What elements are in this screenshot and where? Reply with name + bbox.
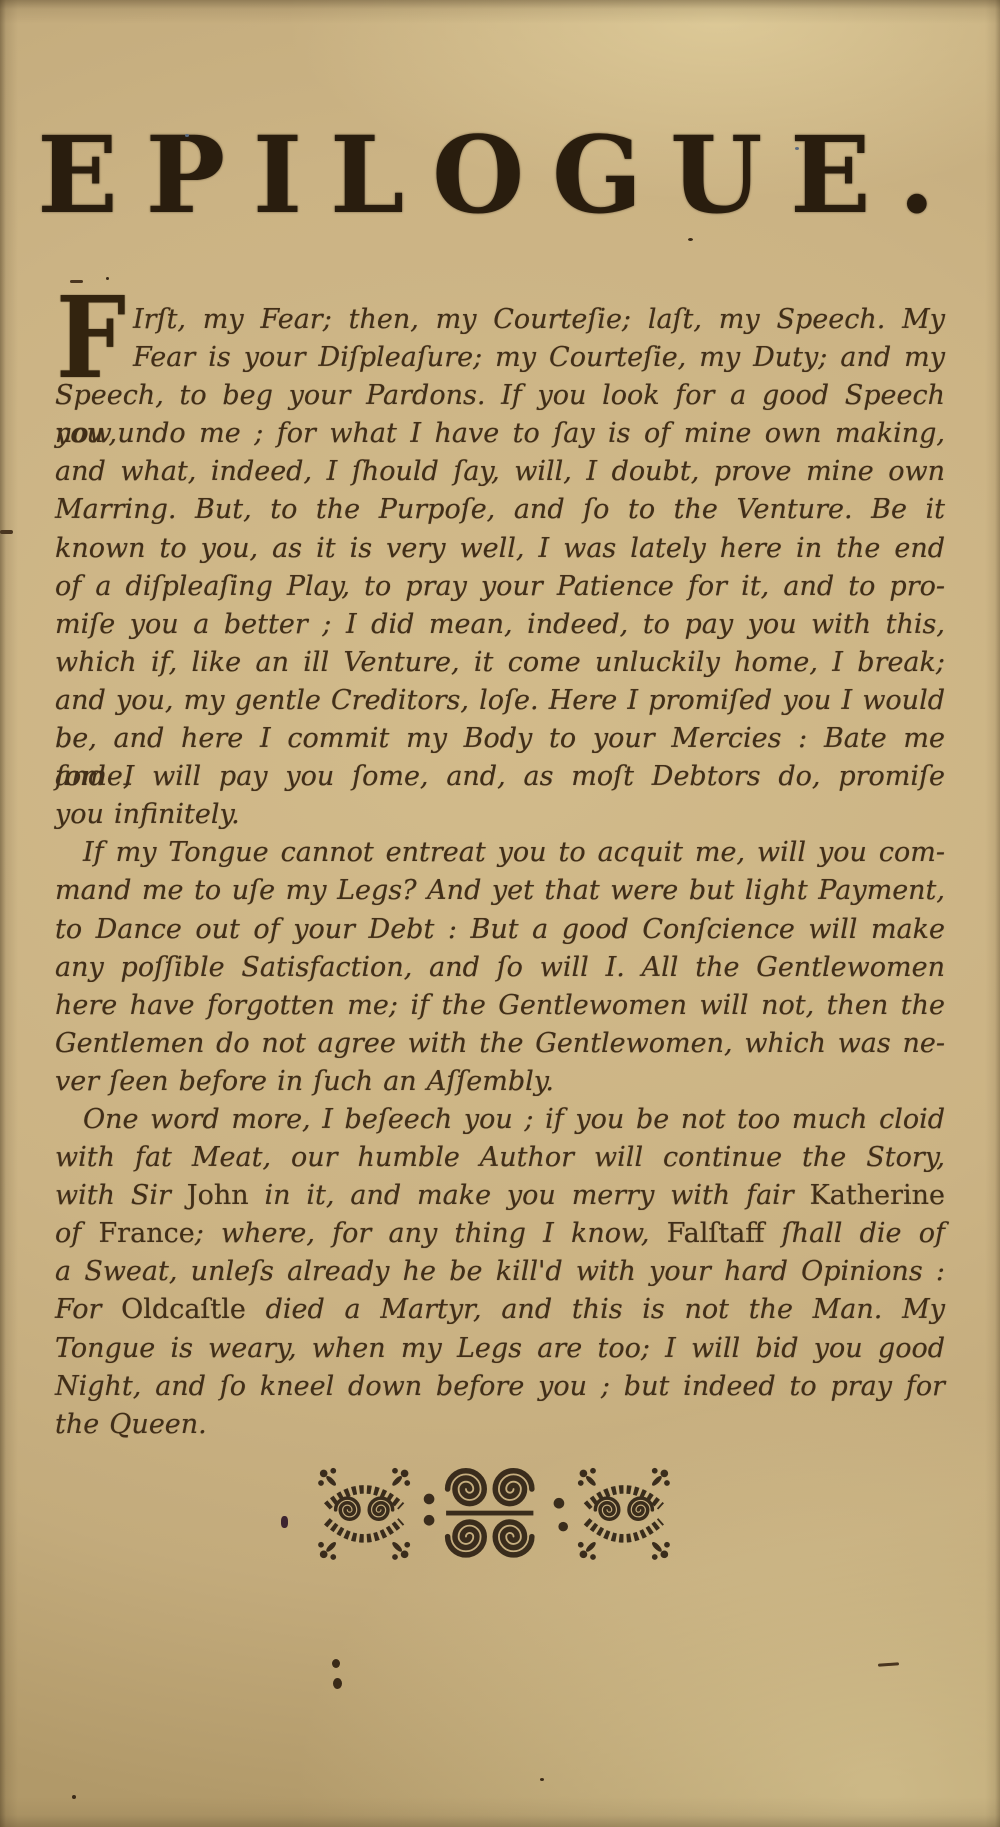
italic-text-segment: and I will pay you ſome, and, as moſt De… (55, 761, 945, 792)
italic-text-segment: If my Tongue cannot entreat you to acqui… (83, 837, 945, 868)
body-text: Irſt, my Fear; then, my Courteſie; laſt,… (55, 301, 945, 1444)
book-page: EPILOGUE. F Irſt, my Fear; then, my Cour… (0, 0, 1000, 1827)
roman-text-segment: John (187, 1180, 249, 1211)
text-line: to Dance out of your Debt : But a good C… (55, 911, 945, 949)
italic-text-segment: the Queen. (55, 1409, 207, 1440)
text-line: Speech, to beg your Pardons. If you look… (55, 377, 945, 415)
roman-text-segment: Katherine (810, 1180, 945, 1211)
text-line: of France; where, for any thing I know, … (55, 1215, 945, 1253)
italic-text-segment: For (55, 1294, 121, 1325)
text-line: Fear is your Diſpleaſure; my Courteſie, … (55, 339, 945, 377)
italic-text-segment: Fear is your Diſpleaſure; my Courteſie, … (133, 342, 945, 373)
page-title: EPILOGUE. (0, 112, 1000, 237)
ink-speck (106, 277, 109, 280)
ink-speck (795, 147, 799, 150)
text-line: Night, and ſo kneel down before you ; bu… (55, 1368, 945, 1406)
italic-text-segment: Gentlemen do not agree with the Gentlewo… (55, 1028, 945, 1059)
text-line: miſe you a better ; I did mean, indeed, … (55, 606, 945, 644)
text-line: and I will pay you ſome, and, as moſt De… (55, 758, 945, 796)
italic-text-segment: ſhall die of (764, 1218, 945, 1249)
text-line: For Oldcaſtle died a Martyr, and this is… (55, 1291, 945, 1329)
italic-text-segment: One word more, I beſeech you ; if you be… (83, 1104, 945, 1135)
text-line: Tongue is weary, when my Legs are too; I… (55, 1330, 945, 1368)
text-line: ver ſeen before in ſuch an Aſſembly. (55, 1063, 945, 1101)
fleuron-row-icon (318, 1450, 670, 1582)
roman-text-segment: Oldcaſtle (121, 1294, 246, 1325)
text-line: of a diſpleaſing Play, to pray your Pati… (55, 568, 945, 606)
ink-blot (281, 1516, 288, 1528)
text-line: and what, indeed, I ſhould ſay, will, I … (55, 453, 945, 491)
ink-blot (332, 1659, 340, 1668)
margin-dash-mark (0, 530, 13, 534)
italic-text-segment: and you, my gentle Creditors, loſe. Here… (55, 685, 945, 716)
ink-speck (185, 134, 189, 137)
roman-text-segment: Falſtaff (667, 1218, 765, 1249)
text-line: One word more, I beſeech you ; if you be… (55, 1101, 945, 1139)
text-line: you undo me ; for what I have to ſay is … (55, 415, 945, 453)
text-line: Gentlemen do not agree with the Gentlewo… (55, 1025, 945, 1063)
italic-text-segment: miſe you a better ; I did mean, indeed, … (55, 609, 945, 640)
italic-text-segment: you infinitely. (55, 799, 240, 830)
text-line: If my Tongue cannot entreat you to acqui… (55, 834, 945, 872)
text-line: mand me to uſe my Legs? And yet that wer… (55, 872, 945, 910)
text-line: which if, like an ill Venture, it come u… (55, 644, 945, 682)
italic-text-segment: ver ſeen before in ſuch an Aſſembly. (55, 1066, 554, 1097)
italic-text-segment: you undo me ; for what I have to ſay is … (55, 418, 945, 449)
text-line: be, and here I commit my Body to your Me… (55, 720, 945, 758)
italic-text-segment: a Sweat, unleſs already he be kill'd wit… (55, 1256, 945, 1287)
italic-text-segment: died a Martyr, and this is not the Man. … (246, 1294, 945, 1325)
text-line: the Queen. (55, 1406, 945, 1444)
italic-text-segment: and what, indeed, I ſhould ſay, will, I … (55, 456, 945, 487)
text-line: any poſſible Satisfaction, and ſo will I… (55, 949, 945, 987)
text-line: known to you, as it is very well, I was … (55, 530, 945, 568)
italic-text-segment: any poſſible Satisfaction, and ſo will I… (55, 952, 945, 983)
italic-text-segment: here have forgotten me; if the Gentlewom… (55, 990, 945, 1021)
ink-speck (540, 1778, 544, 1781)
italic-text-segment: which if, like an ill Venture, it come u… (55, 647, 945, 678)
ink-speck (72, 1795, 76, 1799)
text-line: you infinitely. (55, 796, 945, 834)
text-line: Marring. But, to the Purpoſe, and ſo to … (55, 491, 945, 529)
italic-text-segment: known to you, as it is very well, I was … (55, 533, 945, 564)
ink-speck (688, 238, 693, 241)
italic-text-segment: Night, and ſo kneel down before you ; bu… (55, 1371, 945, 1402)
ink-dash-mark (878, 1662, 899, 1666)
ink-blot (333, 1678, 342, 1689)
italic-text-segment: to Dance out of your Debt : But a good C… (55, 914, 945, 945)
italic-text-segment: Marring. But, to the Purpoſe, and ſo to … (55, 494, 945, 525)
roman-text-segment: France (98, 1218, 194, 1249)
text-line: with fat Meat, our humble Author will co… (55, 1139, 945, 1177)
italic-text-segment: Tongue is weary, when my Legs are too; I… (55, 1333, 945, 1364)
text-line: a Sweat, unleſs already he be kill'd wit… (55, 1253, 945, 1291)
italic-text-segment: mand me to uſe my Legs? And yet that wer… (55, 875, 945, 906)
italic-text-segment: of a diſpleaſing Play, to pray your Pati… (55, 571, 945, 602)
margin-dash-mark (70, 280, 83, 283)
printer-ornament (318, 1450, 670, 1586)
italic-text-segment: with Sir (55, 1180, 187, 1211)
italic-text-segment: ; where, for any thing I know, (195, 1218, 667, 1249)
italic-text-segment: in it, and make you merry with fair (249, 1180, 810, 1211)
italic-text-segment: of (55, 1218, 98, 1249)
text-line: and you, my gentle Creditors, loſe. Here… (55, 682, 945, 720)
italic-text-segment: with fat Meat, our humble Author will co… (55, 1142, 945, 1173)
text-line: with Sir John in it, and make you merry … (55, 1177, 945, 1215)
text-line: Irſt, my Fear; then, my Courteſie; laſt,… (55, 301, 945, 339)
italic-text-segment: Irſt, my Fear; then, my Courteſie; laſt,… (133, 304, 945, 335)
text-line: here have forgotten me; if the Gentlewom… (55, 987, 945, 1025)
